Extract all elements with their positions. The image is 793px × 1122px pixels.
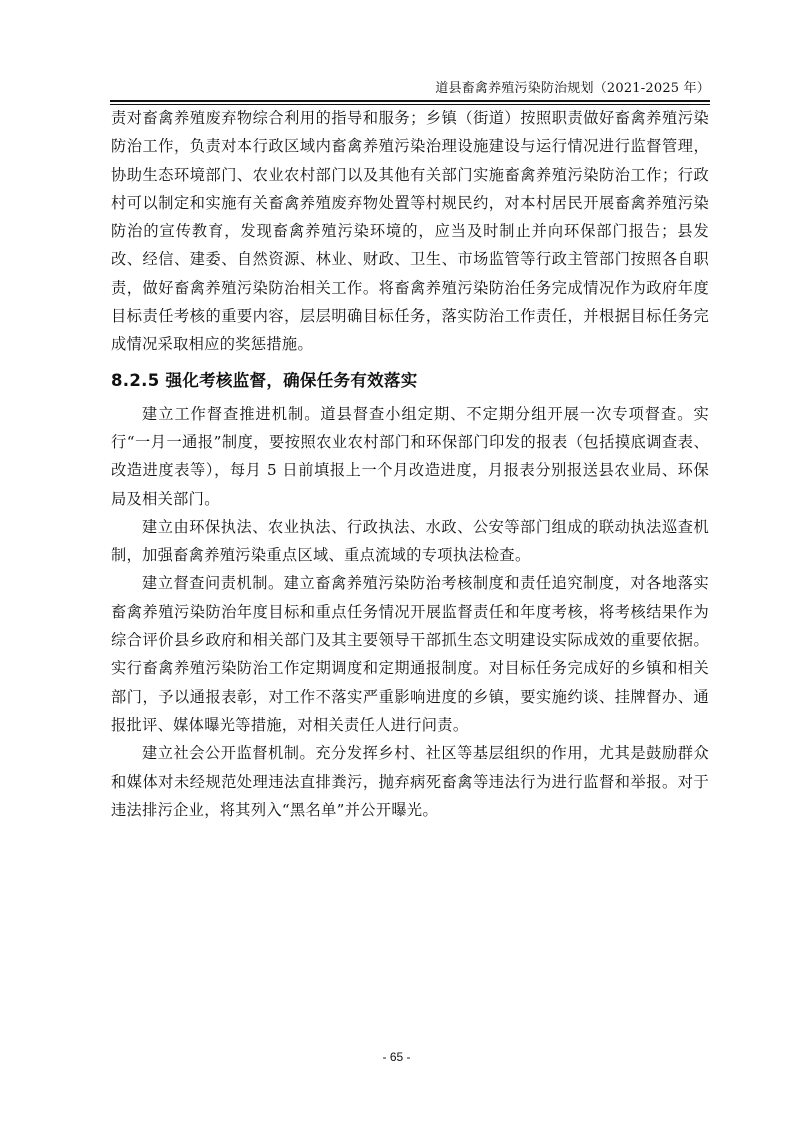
running-header: 道县畜禽养殖污染防治规划（2021-2025 年）	[110, 80, 710, 98]
body-text: 责对畜禽养殖废弃物综合利用的指导和服务；乡镇（街道）按照职责做好畜禽养殖污染防治…	[111, 104, 709, 824]
document-page: 道县畜禽养殖污染防治规划（2021-2025 年） 责对畜禽养殖废弃物综合利用的…	[0, 0, 793, 1122]
header-rule-thick-line	[110, 100, 710, 102]
continued-paragraph: 责对畜禽养殖废弃物综合利用的指导和服务；乡镇（街道）按照职责做好畜禽养殖污染防治…	[111, 104, 709, 359]
section-heading: 8.2.5 强化考核监督，确保任务有效落实	[111, 366, 709, 396]
paragraph-work-supervision: 建立工作督查推进机制。道县督查小组定期、不定期分组开展一次专项督查。实行“一月一…	[111, 400, 709, 513]
paragraph-joint-enforcement: 建立由环保执法、农业执法、行政执法、水政、公安等部门组成的联动执法巡查机制，加强…	[111, 513, 709, 570]
paragraph-public-supervision: 建立社会公开监督机制。充分发挥乡村、社区等基层组织的作用，尤其是鼓励群众和媒体对…	[111, 739, 709, 824]
page-number: - 65 -	[0, 1050, 793, 1064]
paragraph-accountability: 建立督查问责机制。建立畜禽养殖污染防治考核制度和责任追究制度，对各地落实畜禽养殖…	[111, 569, 709, 739]
